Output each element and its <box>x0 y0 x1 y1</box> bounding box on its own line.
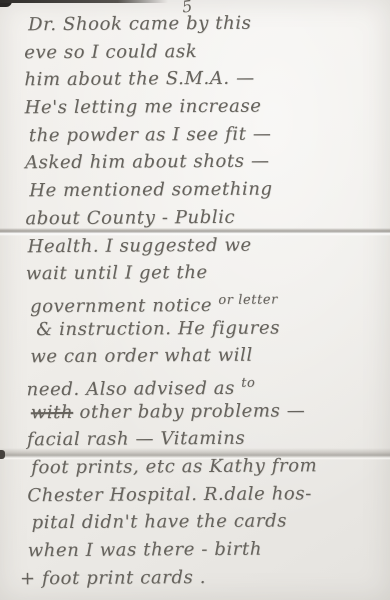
handwriting-line: He's letting me increase <box>25 92 383 122</box>
handwriting-segment: government notice <box>30 295 218 317</box>
handwriting-line: + foot print cards . <box>20 562 386 592</box>
handwriting-segment: wait until I get the <box>26 262 208 284</box>
handwriting-line: need. Also advised as to <box>26 369 384 399</box>
handwriting-segment: him about the S.M.A. — <box>24 68 254 91</box>
handwriting-line: wait until I get the <box>26 258 384 288</box>
scan-top-edge-shadow <box>0 0 168 3</box>
handwriting-segment: or letter <box>218 292 278 307</box>
handwriting-line: when I was there - birth <box>28 535 386 565</box>
handwriting-line: facial rash — Vitamins <box>27 424 385 454</box>
handwriting-segment: He's letting me increase <box>25 96 262 119</box>
handwriting-text: Dr. Shook came by thiseve so I could ask… <box>24 9 386 593</box>
handwriting-segment: Chester Hospital. R.dale hos- <box>27 483 312 506</box>
handwriting-line: pital didn't have the cards <box>31 507 385 537</box>
handwriting-line: government notice or letter <box>30 286 384 316</box>
handwriting-line: He mentioned something <box>29 175 383 205</box>
handwriting-segment: other baby problems — <box>73 400 305 423</box>
handwriting-segment: Health. I suggested we <box>28 234 252 257</box>
handwriting-segment: about County - Public <box>25 207 235 229</box>
handwriting-line: foot prints, etc as Kathy from <box>31 452 385 482</box>
handwriting-segment: foot prints, etc as Kathy from <box>31 455 317 478</box>
handwriting-segment: need. Also advised as <box>27 378 242 400</box>
handwriting-line: him about the S.M.A. — <box>24 64 382 94</box>
handwriting-segment: facial rash — Vitamins <box>27 428 245 451</box>
handwriting-segment: we can order what will <box>30 345 253 368</box>
handwriting-segment: He mentioned something <box>29 179 273 202</box>
handwriting-line: Asked him about shots — <box>25 147 383 177</box>
handwriting-line: about County - Public <box>25 203 383 233</box>
handwriting-segment: the powder as I see fit — <box>29 123 272 146</box>
handwriting-line: with other baby problems — <box>31 396 385 426</box>
handwriting-segment: & instruction. He figures <box>36 317 280 340</box>
handwriting-segment: with <box>31 402 74 423</box>
handwriting-line: & instruction. He figures <box>36 313 384 343</box>
left-edge-mark <box>0 450 5 459</box>
handwriting-segment: when I was there - birth <box>28 539 262 562</box>
handwriting-line: eve so I could ask <box>24 36 382 66</box>
handwriting-segment: + foot print cards . <box>20 567 206 589</box>
handwriting-segment: Dr. Shook came by this <box>28 13 252 36</box>
handwriting-line: Chester Hospital. R.dale hos- <box>27 479 385 509</box>
handwriting-line: we can order what will <box>30 341 384 371</box>
handwriting-line: Health. I suggested we <box>28 230 384 260</box>
handwriting-line: Dr. Shook came by this <box>28 9 382 39</box>
handwriting-line: the powder as I see fit — <box>29 120 383 150</box>
paper-sheet: 5 Dr. Shook came by thiseve so I could a… <box>0 0 390 600</box>
handwriting-segment: eve so I could ask <box>24 41 197 63</box>
handwriting-segment: to <box>241 376 255 391</box>
handwriting-segment: pital didn't have the cards <box>31 511 287 534</box>
handwriting-segment: Asked him about shots — <box>25 151 270 174</box>
